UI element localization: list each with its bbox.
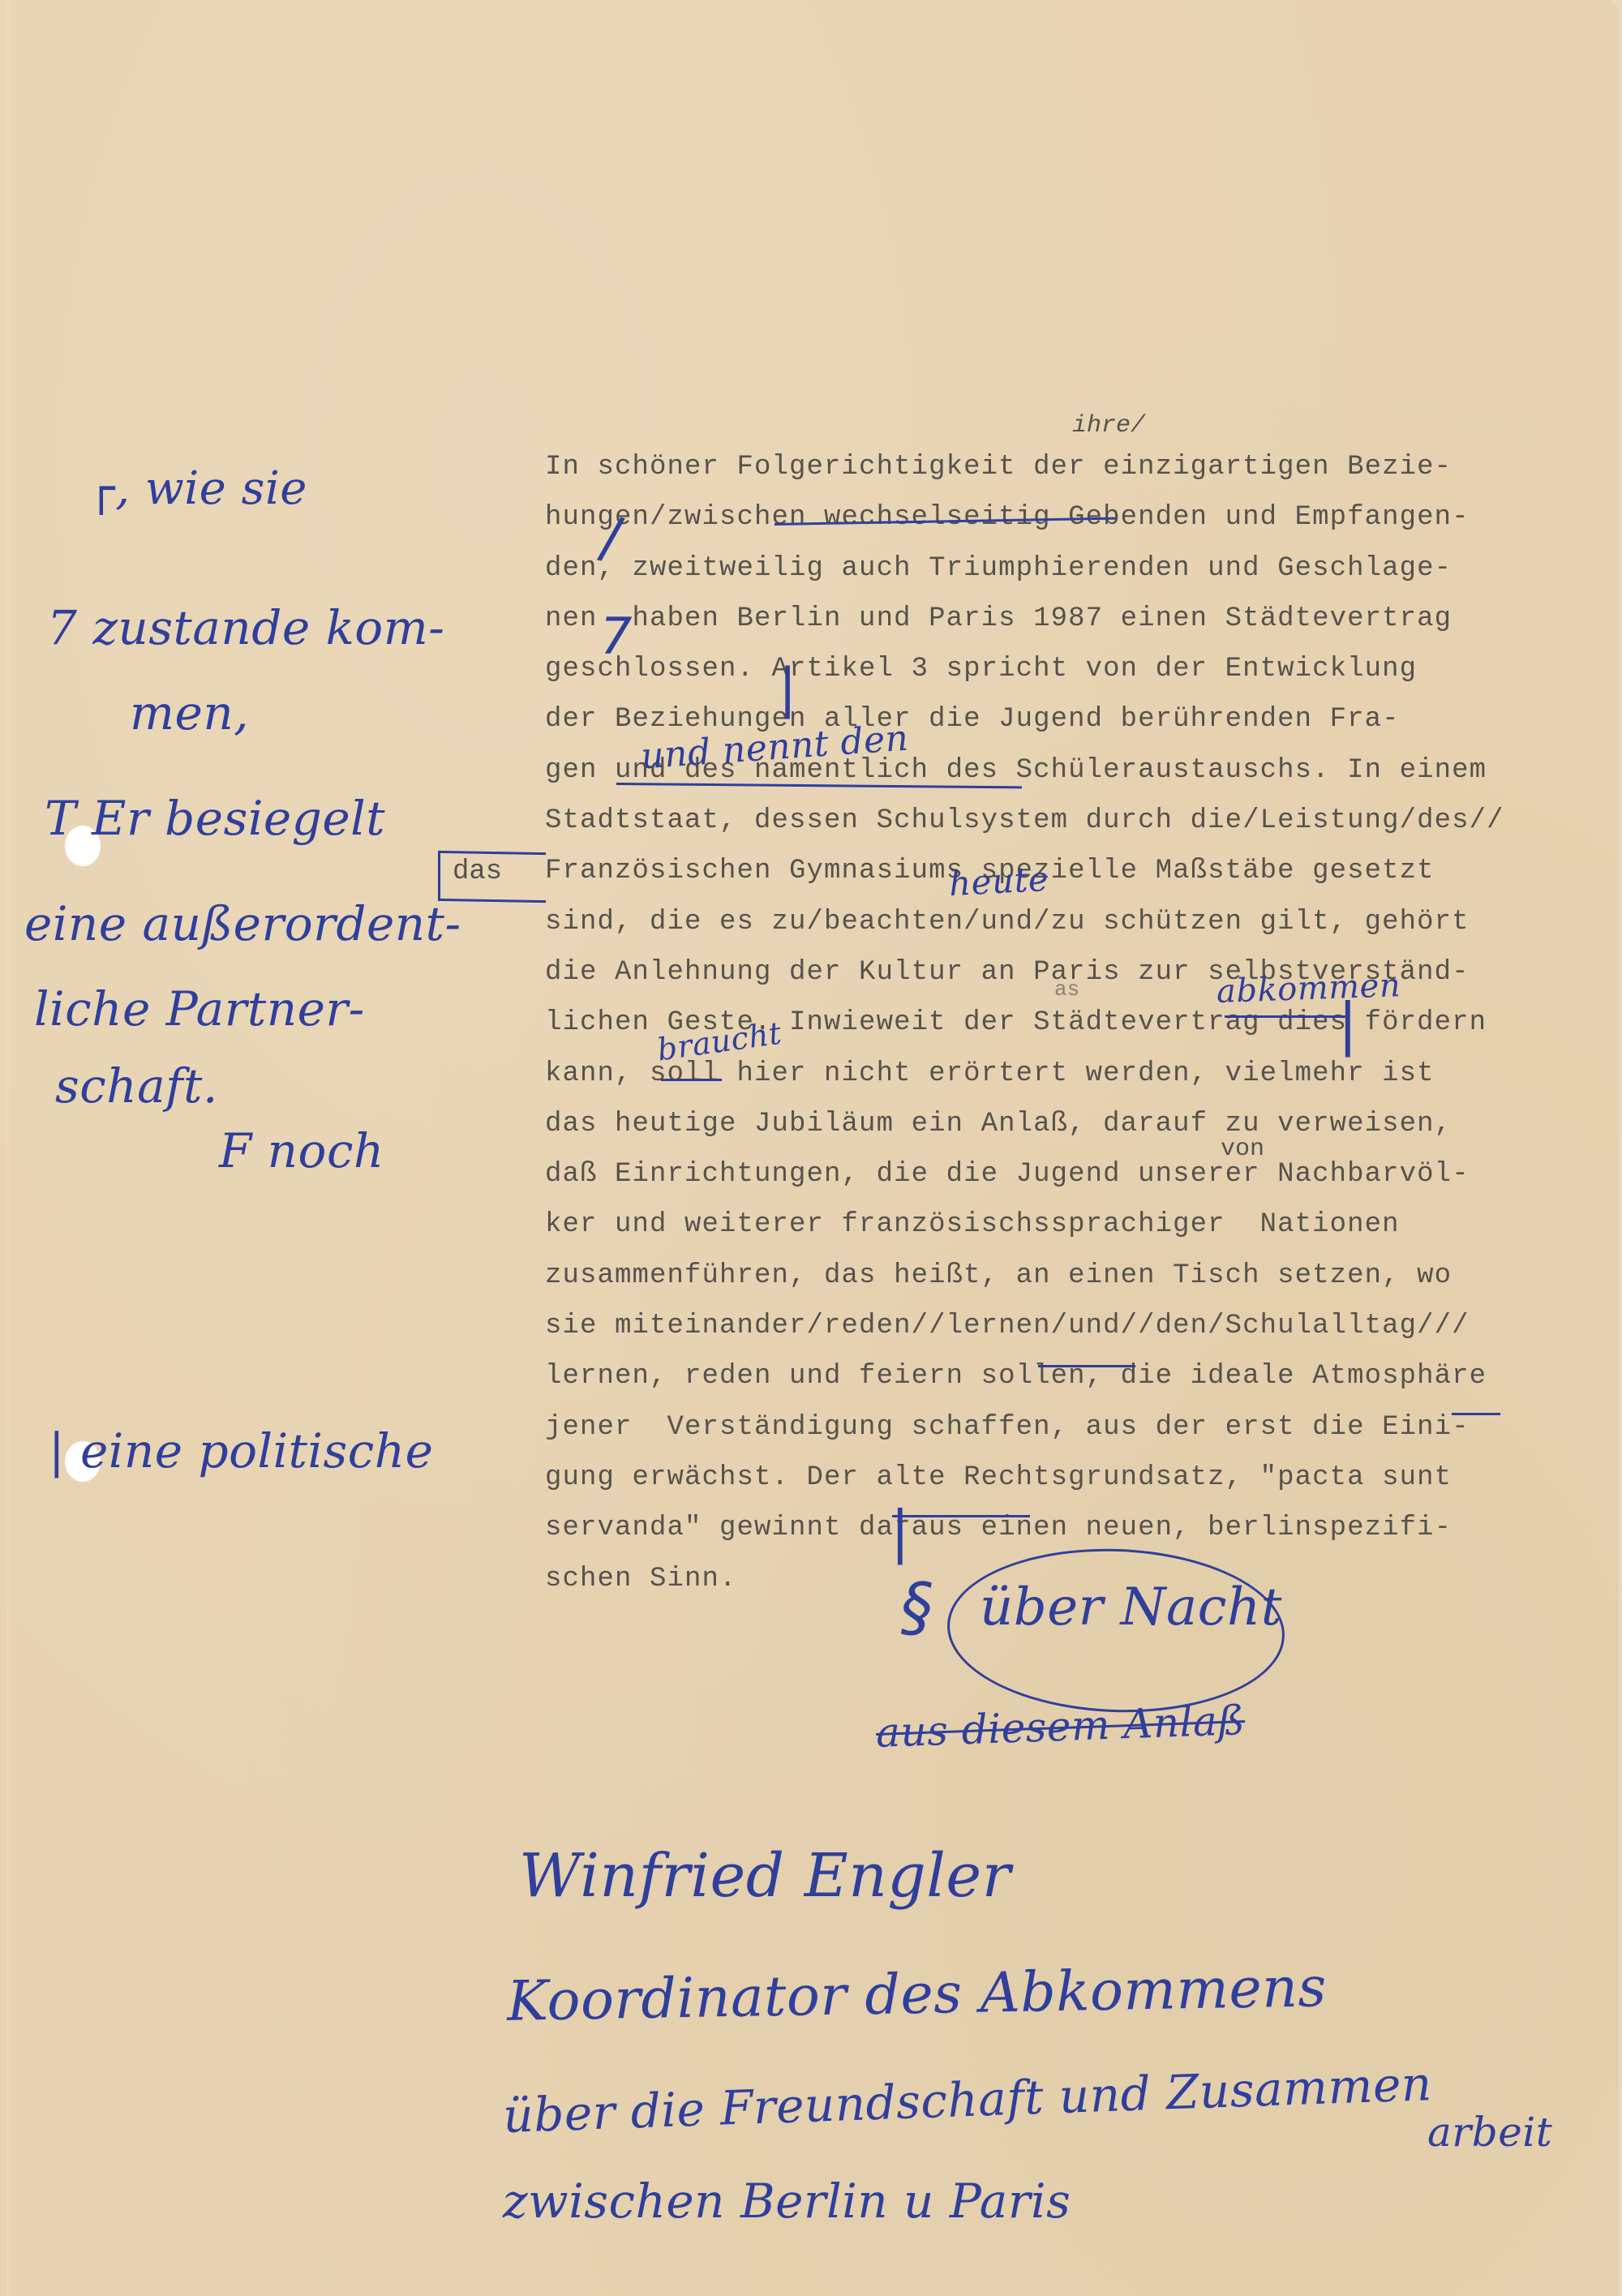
typed-insert-ihre: ihre/ xyxy=(1072,412,1145,440)
typed-line: ker und weiterer französischssprachiger … xyxy=(545,1199,1616,1250)
signature-line4: zwischen Berlin u Paris xyxy=(503,2174,1071,2229)
strike-die xyxy=(1452,1413,1500,1415)
typed-line: Stadtstaat, dessen Schulsystem durch die… xyxy=(545,796,1616,846)
typed-line: Französischen Gymnasiums spezielle Maßst… xyxy=(545,846,1616,896)
typed-line: das heutige Jubiläum ein Anlaß, darauf z… xyxy=(545,1099,1616,1149)
typed-line: nen haben Berlin und Paris 1987 einen St… xyxy=(545,594,1616,644)
typed-line: In schöner Folgerichtigkeit der einzigar… xyxy=(545,442,1616,492)
typed-as: as xyxy=(1054,977,1079,1002)
typed-line: gung erwächst. Der alte Rechtsgrundsatz,… xyxy=(545,1453,1616,1503)
typed-line: servanda" gewinnt daraus einen neuen, be… xyxy=(545,1503,1616,1553)
das-insert: das xyxy=(453,856,502,887)
insertion-mark: | xyxy=(779,657,796,719)
margin-note: liche Partner- xyxy=(34,981,365,1036)
typed-von: von xyxy=(1221,1135,1264,1163)
typed-line: daß Einrichtungen, die die Jugend unsere… xyxy=(545,1149,1616,1199)
margin-note: 7 zustande kom- xyxy=(47,600,444,655)
insertion-mark: 7 xyxy=(600,607,632,666)
hand-ueber-nacht: über Nacht xyxy=(980,1577,1282,1637)
section-mark: § xyxy=(900,1569,933,1645)
typed-line: lernen, reden und feiern sollen, die ide… xyxy=(545,1351,1616,1401)
document-page: ihre/ In schöner Folgerichtigkeit der ei… xyxy=(0,0,1619,2296)
signature-line3: über die Freundschaft und Zusammen xyxy=(502,2056,1433,2144)
margin-note: schaft. xyxy=(55,1058,218,1114)
margin-note: F noch xyxy=(219,1123,384,1178)
strike-vertrag xyxy=(1225,1015,1346,1018)
strike-darauf xyxy=(892,1515,1030,1517)
signature-name: Winfried Engler xyxy=(519,1841,1011,1911)
typed-line: zusammenführen, das heißt, an einen Tisc… xyxy=(545,1251,1616,1301)
typed-line: sind, die es zu/beachten/und/zu schützen… xyxy=(545,897,1616,947)
hand-heute: heute xyxy=(948,859,1050,903)
insertion-mark: | xyxy=(890,1499,910,1565)
strike-sollen xyxy=(1038,1365,1135,1367)
typed-line: die Anlehnung der Kultur an Paris zur se… xyxy=(545,947,1616,998)
margin-note: T Er besiegelt xyxy=(45,791,385,846)
typewritten-body: In schöner Folgerichtigkeit der einzigar… xyxy=(545,442,1616,1604)
margin-note: | eine politische xyxy=(49,1423,433,1478)
typed-line: sie miteinander/reden//lernen/und//den/S… xyxy=(545,1301,1616,1351)
strike-soll xyxy=(661,1079,722,1081)
margin-note: ┌, wie sie xyxy=(88,462,307,515)
margin-note: men, xyxy=(130,685,249,740)
signature-line3-tail: arbeit xyxy=(1427,2109,1552,2156)
hand-abkommen: abkommen xyxy=(1216,967,1401,1011)
hand-struck-aus-diesem-anlass: aus diesem Anlaß xyxy=(875,1697,1246,1757)
typed-line: den, zweitweilig auch Triumphierenden un… xyxy=(545,543,1616,594)
typed-line: geschlossen. Artikel 3 spricht von der E… xyxy=(545,644,1616,694)
margin-note: eine außerordent- xyxy=(24,896,461,951)
page-edge xyxy=(6,0,9,2296)
typed-line: jener Verständigung schaffen, aus der er… xyxy=(545,1402,1616,1453)
signature-title: Koordinator des Abkommens xyxy=(506,1955,1327,2034)
